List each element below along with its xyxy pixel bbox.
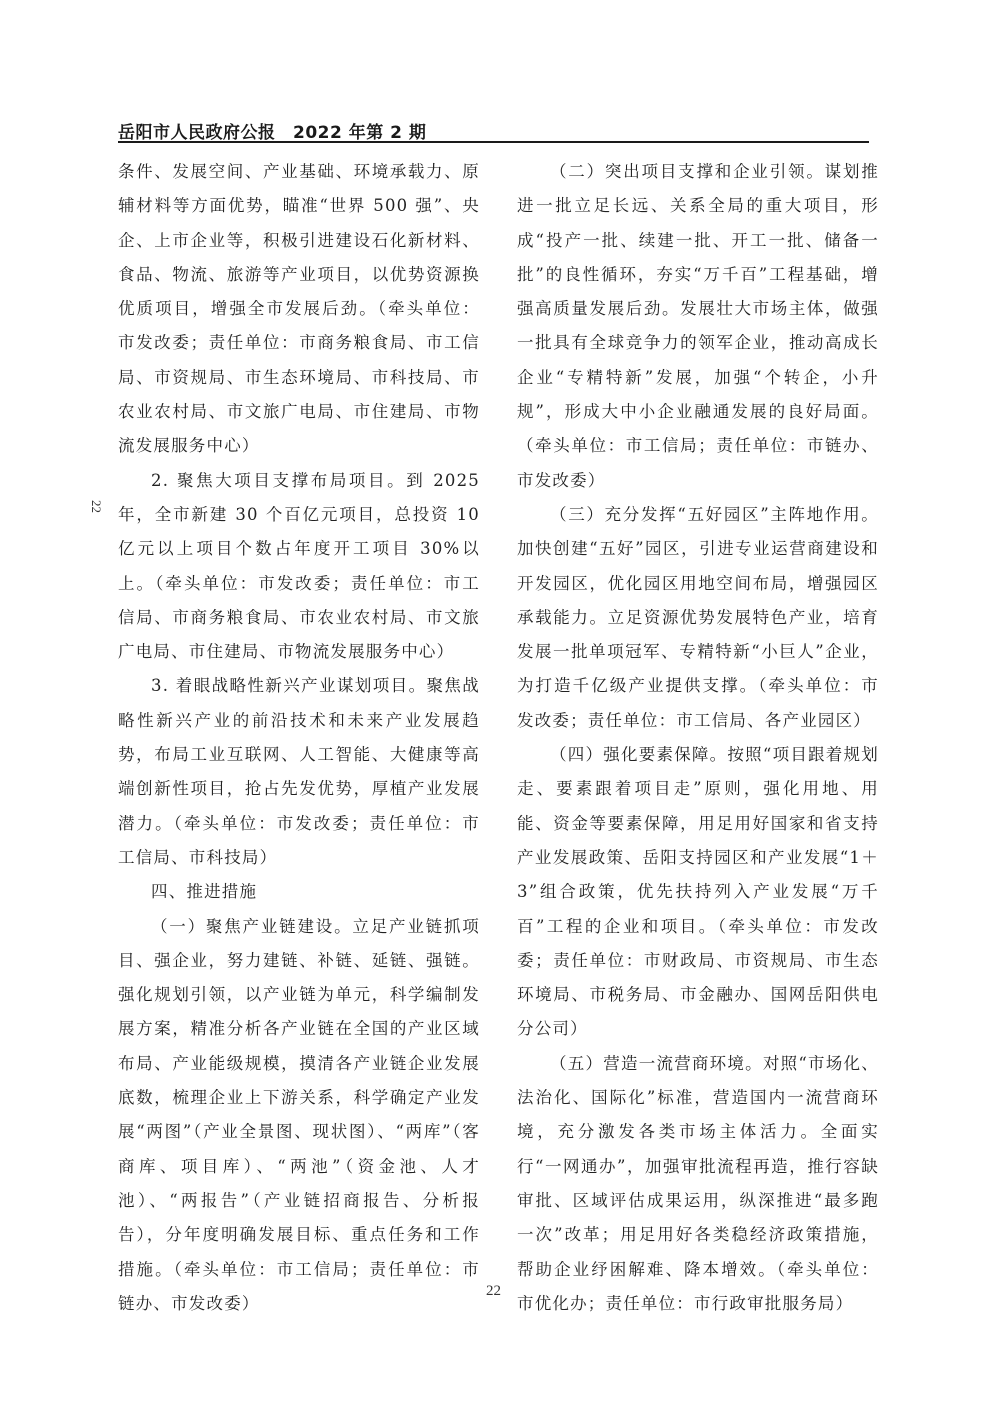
paragraph: （一）聚焦产业链建设。立足产业链抓项目、强企业，努力建链、补链、延链、强链。强化… bbox=[118, 910, 480, 1322]
page-number: 22 bbox=[486, 1283, 501, 1300]
right-column: （二）突出项目支撑和企业引领。谋划推进一批立足长远、关系全局的重大项目，形成“投… bbox=[517, 155, 879, 1321]
section-heading: 四、推进措施 bbox=[118, 875, 480, 909]
paragraph: （三）充分发挥“五好园区”主阵地作用。加快创建“五好”园区，引进专业运营商建设和… bbox=[517, 498, 879, 738]
paragraph: （二）突出项目支撑和企业引领。谋划推进一批立足长远、关系全局的重大项目，形成“投… bbox=[517, 155, 879, 498]
header-rule bbox=[118, 141, 869, 143]
paragraph: 3. 着眼战略性新兴产业谋划项目。聚焦战略性新兴产业的前沿技术和未来产业发展趋势… bbox=[118, 669, 480, 875]
paragraph: 2. 聚焦大项目支撑布局项目。到 2025 年，全市新建 30 个百亿元项目，总… bbox=[118, 464, 480, 670]
paragraph: （四）强化要素保障。按照“项目跟着规划走、要素跟着项目走”原则，强化用地、用能、… bbox=[517, 738, 879, 1047]
side-page-number: 22 bbox=[88, 500, 104, 513]
running-header: 岳阳市人民政府公报 2022 年第 2 期 bbox=[118, 118, 868, 142]
left-column: 条件、发展空间、产业基础、环境承载力、原辅材料等方面优势，瞄准“世界 500 强… bbox=[118, 155, 480, 1321]
paragraph: 条件、发展空间、产业基础、环境承载力、原辅材料等方面优势，瞄准“世界 500 强… bbox=[118, 155, 480, 464]
paragraph: （五）营造一流营商环境。对照“市场化、法治化、国际化”标准，营造国内一流营商环境… bbox=[517, 1047, 879, 1321]
